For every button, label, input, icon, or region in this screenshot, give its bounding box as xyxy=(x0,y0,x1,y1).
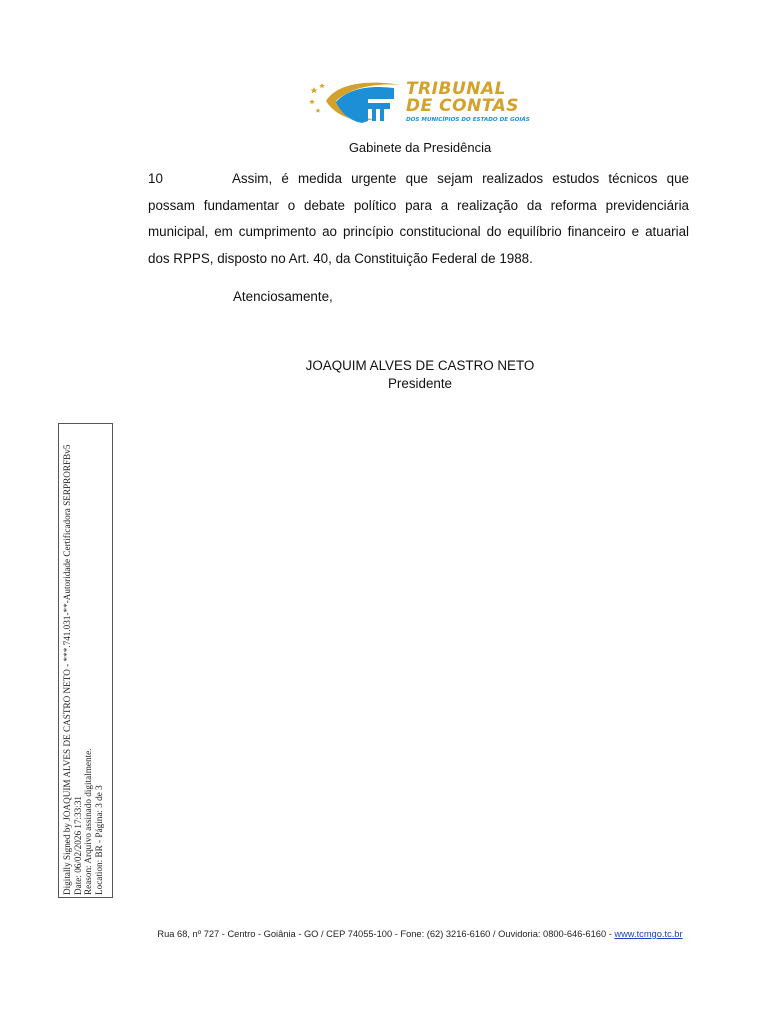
body-paragraph: 10Assim, é medida urgente que sejam real… xyxy=(148,166,689,272)
digital-signature-reason: Reason: Arquivo assinado digitalmente. xyxy=(83,424,94,895)
website-link[interactable]: www.tcmgo.tc.br xyxy=(614,929,682,939)
paragraph-number: 10 xyxy=(148,166,232,193)
digital-signature-location: Location: BR - Página: 3 de 3 xyxy=(94,424,105,895)
digital-signature-stamp: Digitally Signed by JOAQUIM ALVES DE CAS… xyxy=(58,423,113,898)
signer-name: JOAQUIM ALVES DE CASTRO NETO xyxy=(300,357,540,375)
digital-signature-date: Date: 06/02/2026 17:33:31 xyxy=(73,424,84,895)
signature-block: JOAQUIM ALVES DE CASTRO NETO Presidente xyxy=(300,357,540,393)
digital-signature-signer: Digitally Signed by JOAQUIM ALVES DE CAS… xyxy=(62,424,73,895)
page-footer: Rua 68, nº 727 - Centro - Goiânia - GO /… xyxy=(0,929,772,939)
tcm-logo: TRIBUNAL DE CONTAS DOS MUNICÍPIOS DO EST… xyxy=(306,79,536,133)
footer-address: Rua 68, nº 727 - Centro - Goiânia - GO /… xyxy=(157,929,614,939)
section-title: Gabinete da Presidência xyxy=(0,140,772,155)
logo-subtitle: DOS MUNICÍPIOS DO ESTADO DE GOIÁS xyxy=(406,116,536,124)
logo-title-line2: DE CONTAS xyxy=(406,98,536,115)
tcm-building-emblem-icon xyxy=(306,79,406,133)
closing-salutation: Atenciosamente, xyxy=(233,289,333,304)
signer-title: Presidente xyxy=(300,375,540,393)
